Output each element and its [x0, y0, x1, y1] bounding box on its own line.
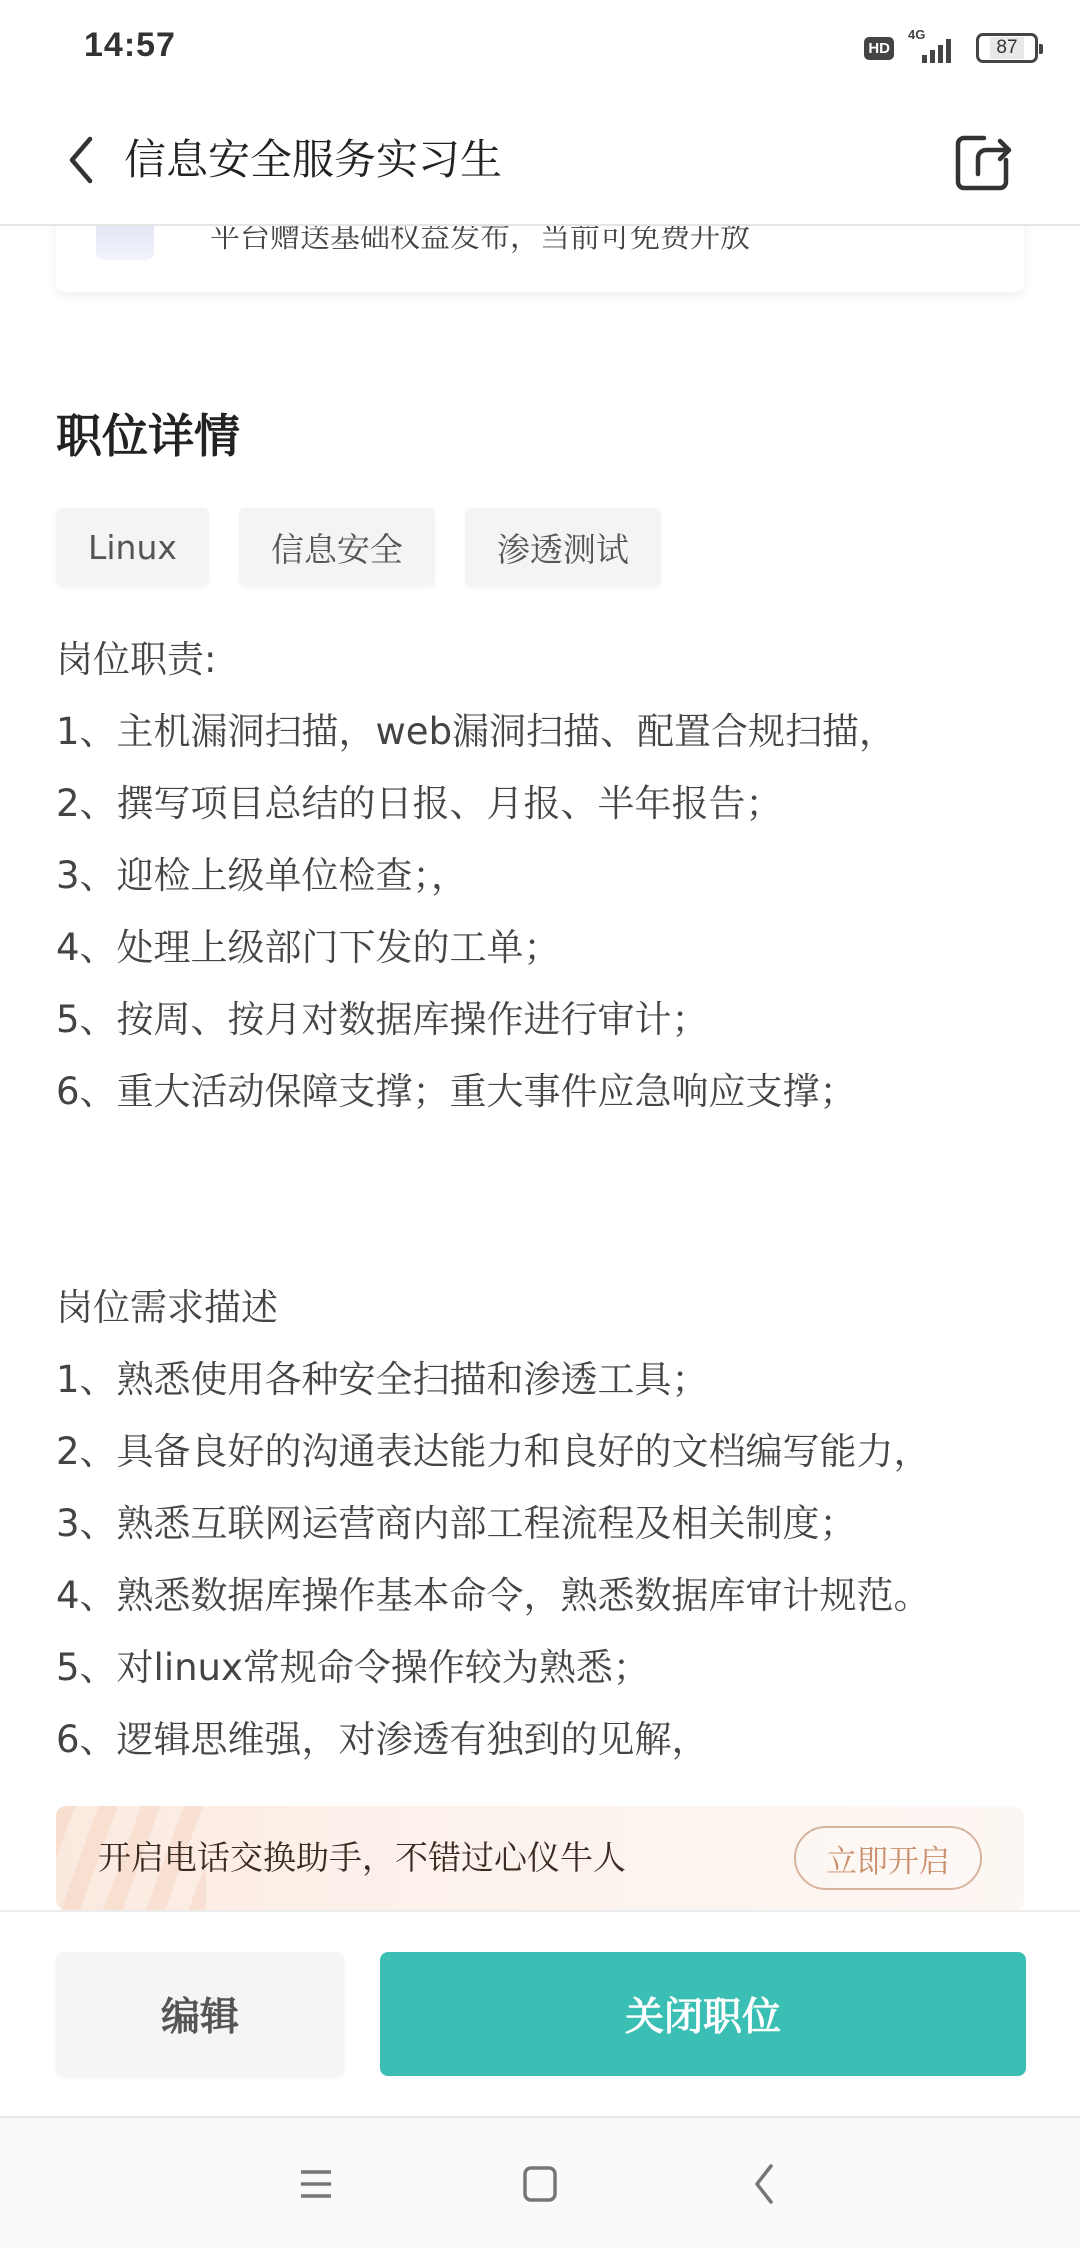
status-time: 14:57: [84, 26, 176, 65]
battery-level: 87: [990, 37, 1023, 59]
phone-assistant-banner[interactable]: 开启电话交换助手，不错过心仪牛人 立即开启: [56, 1806, 1024, 1910]
requirement-item: 5、对linux常规命令操作较为熟悉；: [56, 1640, 1036, 1712]
requirement-item: 2、具备良好的沟通表达能力和良好的文档编写能力，: [56, 1424, 1036, 1496]
responsibilities-title: 岗位职责:: [56, 632, 1036, 704]
status-icons: HD 4G 87: [864, 30, 1038, 66]
home-button[interactable]: [510, 2154, 570, 2214]
benefit-icon: [96, 220, 154, 260]
section-title: 职位详情: [56, 400, 240, 466]
requirement-item: 1、熟悉使用各种安全扫描和渗透工具；: [56, 1352, 1036, 1424]
job-description: 岗位职责: 1、主机漏洞扫描，web漏洞扫描、配置合规扫描， 2、撰写项目总结的…: [56, 632, 1036, 1784]
battery-icon: 87: [976, 33, 1038, 63]
back-icon: [753, 2164, 775, 2204]
action-bar: 编辑 关闭职位: [0, 1910, 1080, 2116]
recent-apps-button[interactable]: [286, 2154, 346, 2214]
responsibility-item: 3、迎检上级单位检查；，: [56, 848, 1036, 920]
responsibility-item: 5、按周、按月对数据库操作进行审计；: [56, 992, 1036, 1064]
responsibility-item: 2、撰写项目总结的日报、月报、半年报告；: [56, 776, 1036, 848]
chevron-left-icon: [66, 135, 96, 185]
enable-now-button[interactable]: 立即开启: [794, 1826, 982, 1890]
share-button[interactable]: [954, 130, 1014, 194]
signal-icon: 4G: [908, 31, 962, 65]
responsibility-item: 6、重大活动保障支撑；重大事件应急响应支撑；: [56, 1064, 1036, 1136]
system-back-button[interactable]: [734, 2154, 794, 2214]
app-header: 信息安全服务实习生: [0, 100, 1080, 226]
back-button[interactable]: [56, 130, 106, 190]
responsibility-item: 1、主机漏洞扫描，web漏洞扫描、配置合规扫描，: [56, 704, 1036, 776]
tag-info-security: 信息安全: [239, 508, 435, 586]
tag-pentest: 渗透测试: [465, 508, 661, 586]
status-bar: 14:57 HD 4G 87: [0, 0, 1080, 100]
requirements-title: 岗位需求描述: [56, 1280, 1036, 1352]
requirement-item: 4、熟悉数据库操作基本命令，熟悉数据库审计规范。: [56, 1568, 1036, 1640]
edit-button[interactable]: 编辑: [56, 1952, 344, 2076]
page-title: 信息安全服务实习生: [124, 130, 502, 190]
system-nav-bar: [0, 2116, 1080, 2248]
skill-tags: Linux 信息安全 渗透测试: [56, 508, 661, 586]
spacer: [56, 1136, 1036, 1280]
hd-icon: HD: [864, 37, 894, 60]
home-icon: [523, 2166, 557, 2202]
close-job-button[interactable]: 关闭职位: [380, 1952, 1026, 2076]
requirement-item: 6、逻辑思维强，对渗透有独到的见解，: [56, 1712, 1036, 1784]
menu-icon: [299, 2168, 333, 2200]
share-icon: [954, 130, 1014, 194]
tag-linux: Linux: [56, 508, 209, 586]
banner-text: 开启电话交换助手，不错过心仪牛人: [98, 1806, 626, 1910]
responsibility-item: 4、处理上级部门下发的工单；: [56, 920, 1036, 992]
requirement-item: 3、熟悉互联网运营商内部工程流程及相关制度；: [56, 1496, 1036, 1568]
